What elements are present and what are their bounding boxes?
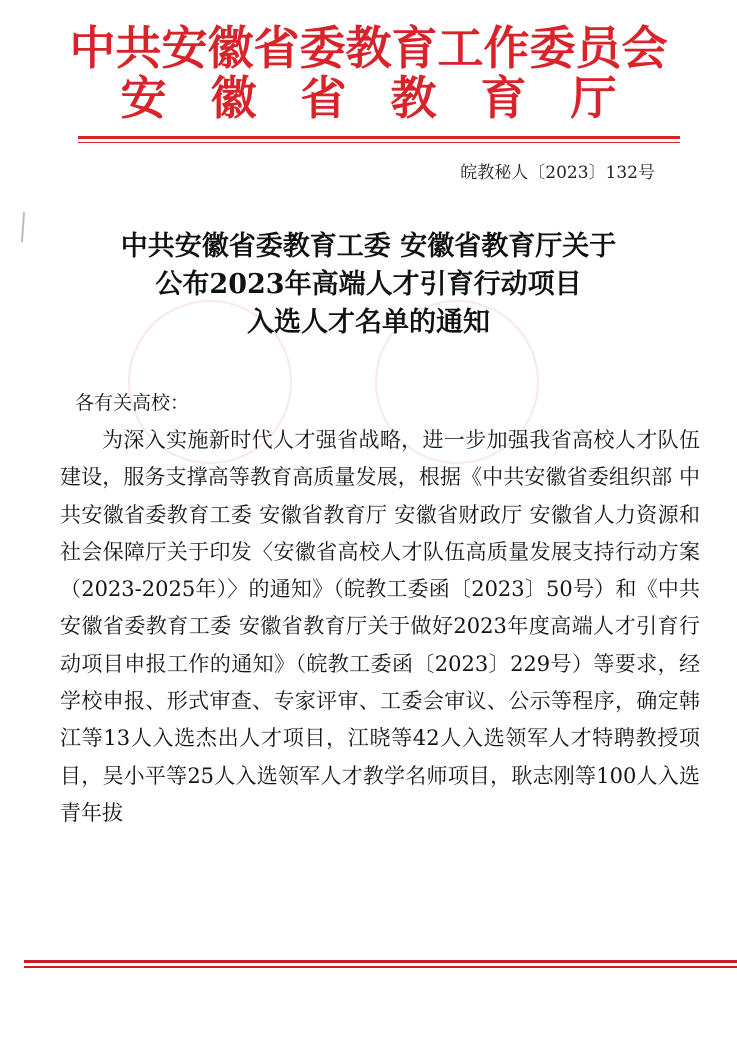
body-text: 为深入实施新时代人才强省战略，进一步加强我省高校人才队伍建设，服务支撑高等教育高… [60,422,700,832]
red-divider-thin [78,142,680,143]
document-title-line1: 中共安徽省委教育工委 安徽省教育厅关于 [0,228,737,266]
letterhead-char: 徽 [211,68,257,128]
letterhead-char: 教 [391,68,437,128]
red-divider-thick [78,136,680,139]
body-paragraph: 为深入实施新时代人才强省战略，进一步加强我省高校人才队伍建设，服务支撑高等教育高… [60,422,700,832]
red-divider-bottom-thin [24,966,737,968]
document-title-line2: 公布2023年高端人才引育行动项目 [0,266,737,304]
document-title-line3: 入选人才名单的通知 [0,304,737,342]
letterhead-char: 育 [481,68,527,128]
document-number: 皖教秘人〔2023〕132号 [460,158,655,183]
letterhead-char: 安 [121,68,167,128]
red-divider-bottom-thick [24,960,737,963]
salutation: 各有关高校： [75,388,189,415]
letterhead-char: 省 [301,68,347,128]
letterhead-org-line2: 安徽省教育厅 [0,68,737,128]
letterhead-char: 厅 [571,68,617,128]
